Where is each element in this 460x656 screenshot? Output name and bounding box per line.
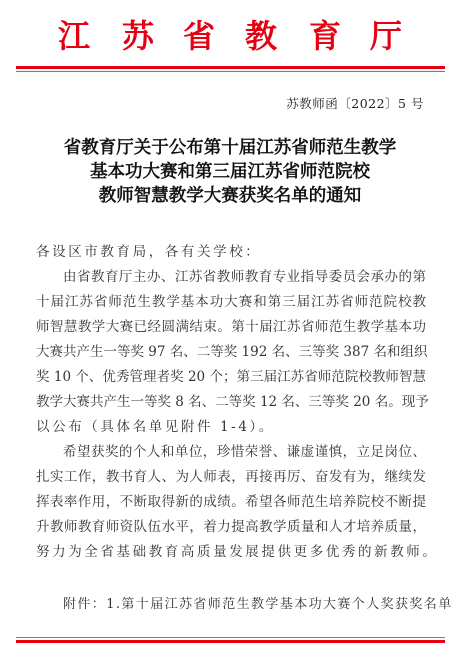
document-body: 各设区市教育局，各有关学校： 由省教育厅主办、江苏省教师教育专业指导委员会承办的… [36, 240, 426, 565]
body-line: 由省教育厅主办、江苏省教师教育专业指导委员会承办的第 [36, 265, 426, 290]
footer-divider-thin [16, 637, 445, 638]
body-line: 教学大赛共产生一等奖 8 名、二等奖 12 名、三等奖 20 名。现予 [36, 390, 426, 415]
body-line: 大赛共产生一等奖 97 名、二等奖 192 名、三等奖 387 名和组织 [36, 340, 426, 365]
paragraph-2: 希望获奖的个人和单位，珍惜荣誉、谦虚谨慎，立足岗位、 扎实工作，教书育人、为人师… [36, 440, 426, 565]
masthead-char: 厅 [369, 16, 403, 56]
header-divider-thick [16, 66, 445, 69]
masthead-char: 苏 [121, 16, 155, 56]
document-number: 苏教师函〔2022〕5 号 [286, 94, 424, 114]
attachment-item: 附件：1.第十届江苏省师范生教学基本功大赛个人奖获奖名单 [63, 595, 453, 615]
footer-divider-thick [16, 640, 445, 643]
body-line: 希望获奖的个人和单位，珍惜荣誉、谦虚谨慎，立足岗位、 [36, 440, 426, 465]
title-line: 省教育厅关于公布第十届江苏省师范生教学 [0, 136, 460, 160]
masthead-char: 育 [308, 16, 342, 56]
title-line: 基本功大赛和第三届江苏省师范院校 [0, 160, 460, 184]
masthead: 江 苏 省 教 育 厅 [0, 16, 460, 56]
body-line: 奖 10 个、优秀管理者奖 20 个；第三届江苏省师范院校教师智慧 [36, 365, 426, 390]
paragraph-1: 由省教育厅主办、江苏省教师教育专业指导委员会承办的第 十届江苏省师范生教学基本功… [36, 265, 426, 440]
masthead-char: 省 [182, 16, 216, 56]
body-line: 挥表率作用，不断取得新的成绩。希望各师范生培养院校不断提 [36, 490, 426, 515]
masthead-char: 江 [57, 16, 91, 56]
salutation: 各设区市教育局，各有关学校： [36, 240, 426, 265]
document-title: 省教育厅关于公布第十届江苏省师范生教学 基本功大赛和第三届江苏省师范院校 教师智… [0, 136, 460, 208]
masthead-char: 教 [244, 16, 278, 56]
title-line: 教师智慧教学大赛获奖名单的通知 [0, 184, 460, 208]
header-divider-thin [16, 71, 445, 72]
body-line: 十届江苏省师范生教学基本功大赛和第三届江苏省师范院校教 [36, 290, 426, 315]
body-line: 师智慧教学大赛已经圆满结束。第十届江苏省师范生教学基本功 [36, 315, 426, 340]
body-line: 努力为全省基础教育高质量发展提供更多优秀的新教师。 [36, 540, 426, 565]
body-line: 升教师教育师资队伍水平，着力提高教学质量和人才培养质量， [36, 515, 426, 540]
body-line: 以公布（具体名单见附件 1-4）。 [36, 415, 426, 440]
body-line: 扎实工作，教书育人、为人师表，再接再厉、奋发有为，继续发 [36, 465, 426, 490]
